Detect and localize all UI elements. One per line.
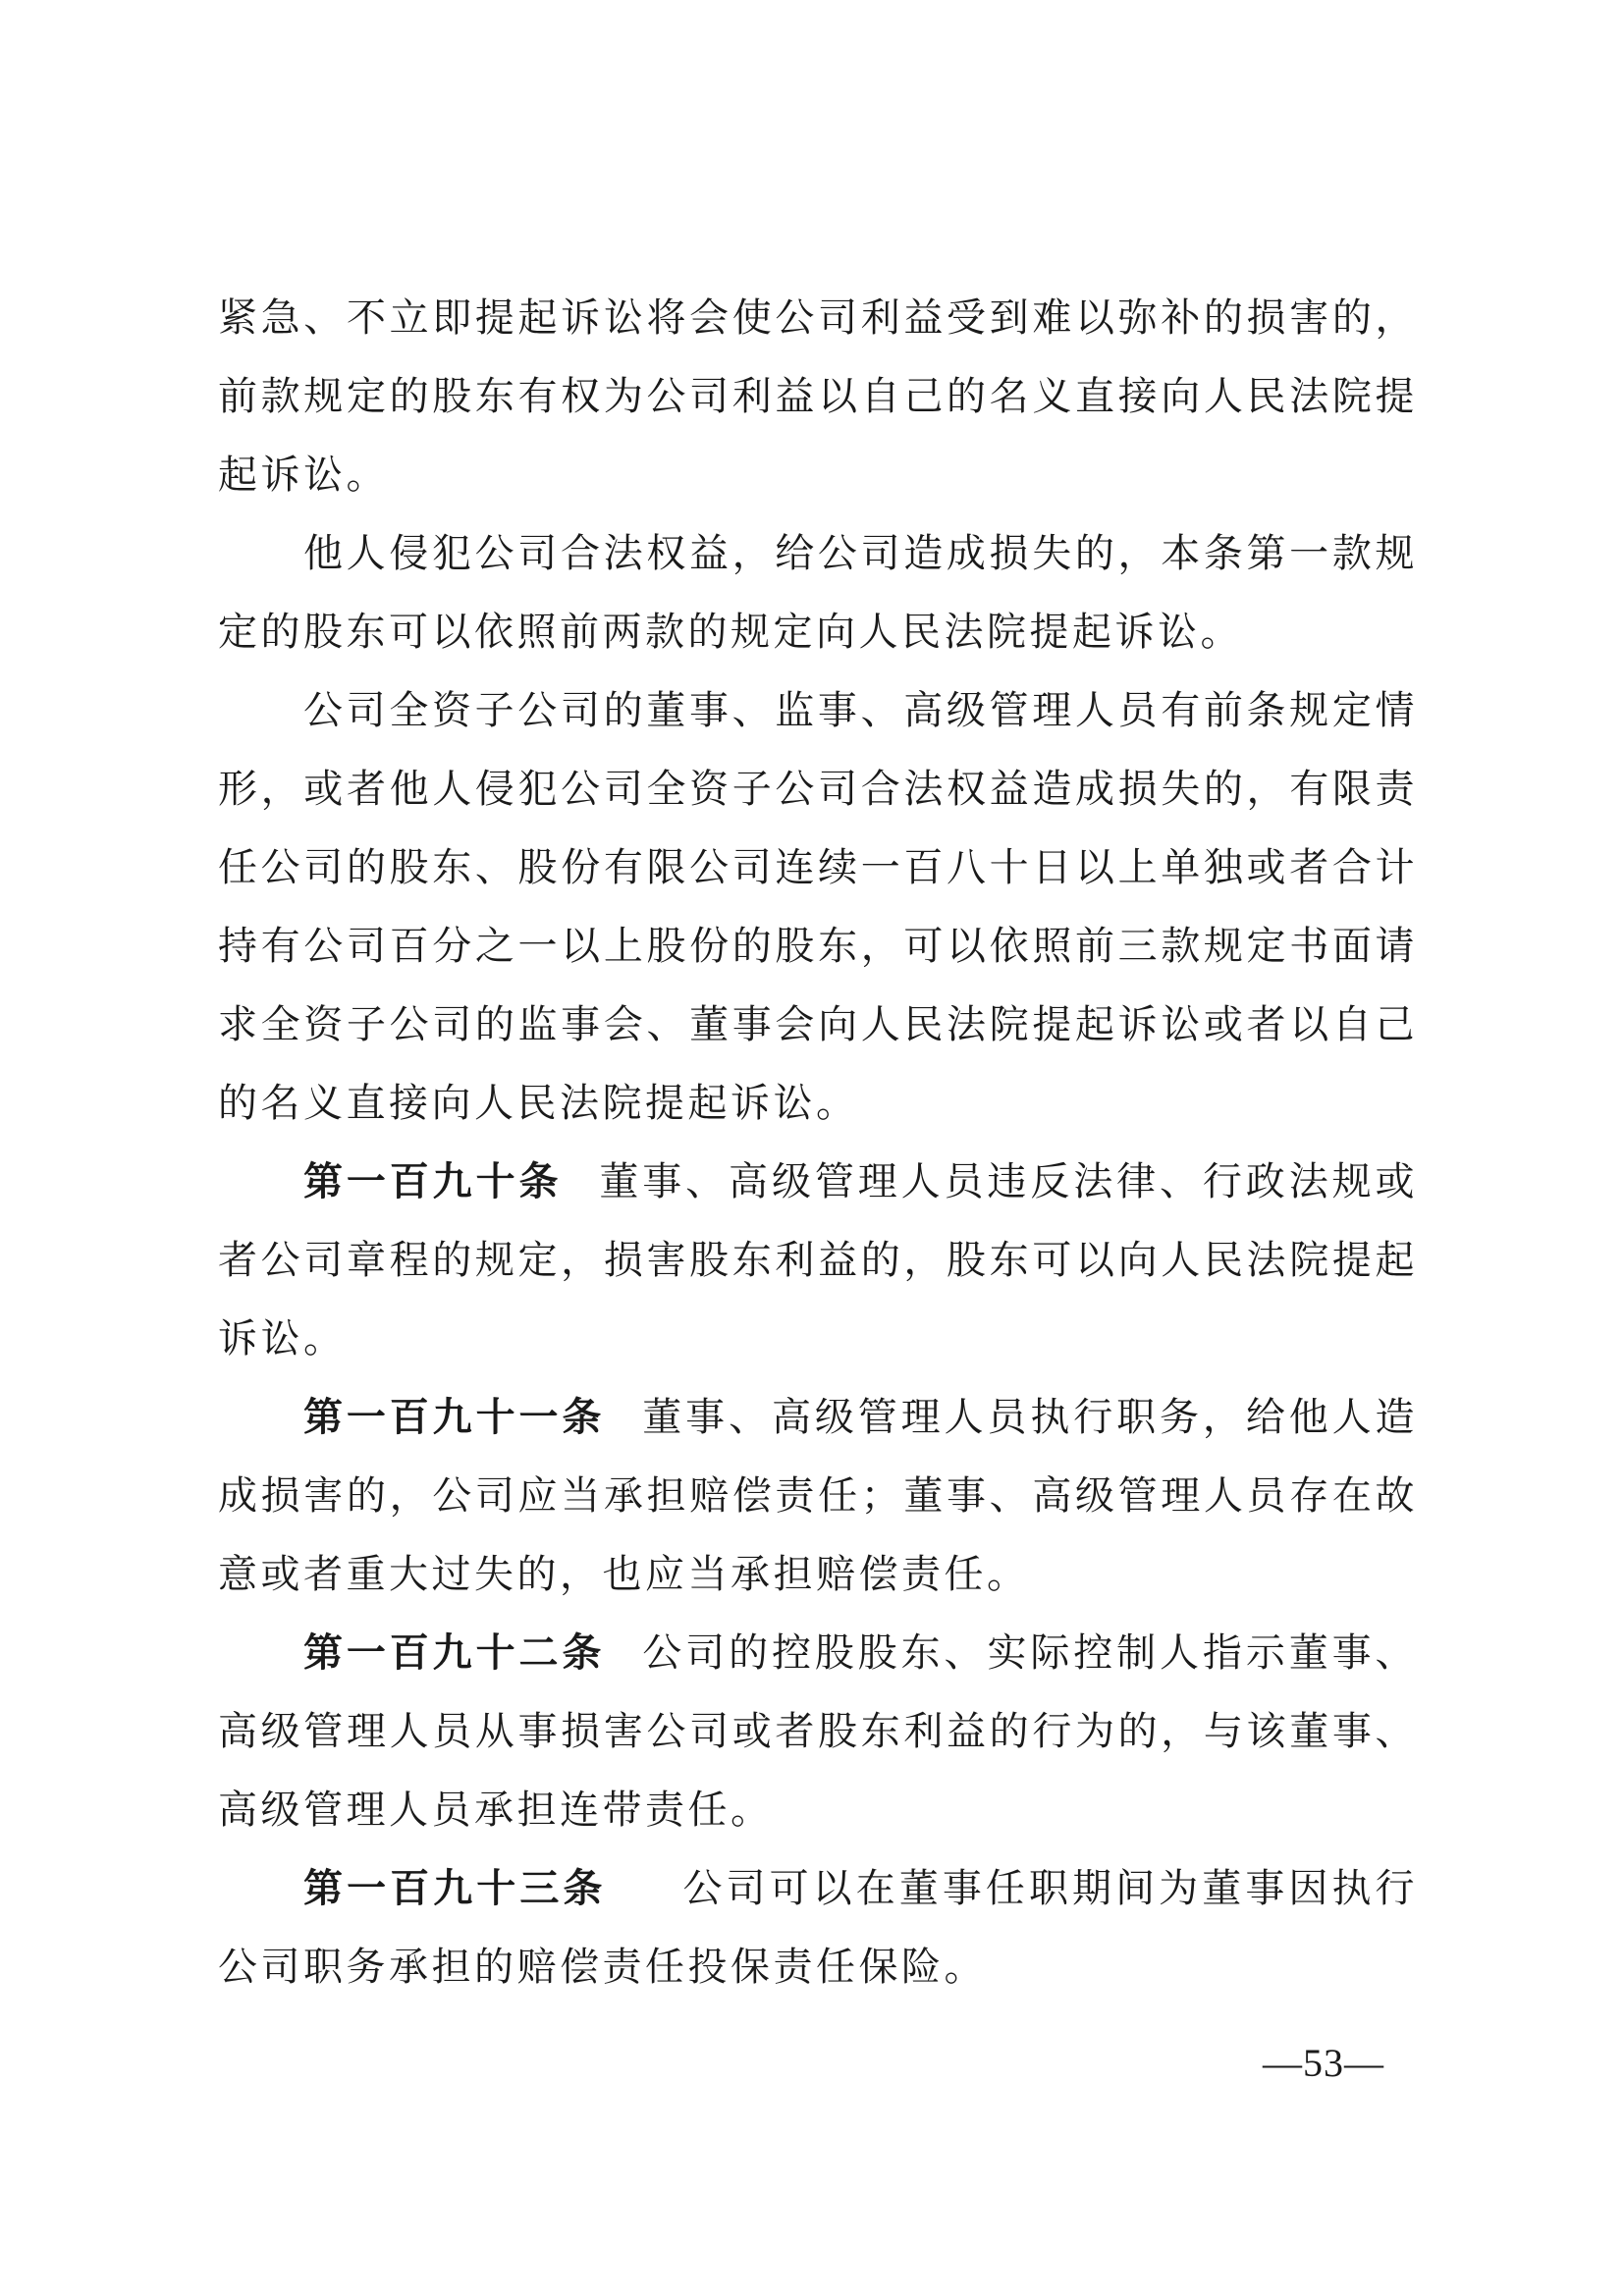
article-number-label: 第一百九十三条 — [303, 1866, 606, 1910]
document-page: 紧急、不立即提起诉讼将会使公司利益受到难以弥补的损害的，前款规定的股东有权为公司… — [0, 0, 1624, 2296]
paragraph-article-190: 第一百九十条董事、高级管理人员违反法律、行政法规或者公司章程的规定，损害股东利益… — [218, 1143, 1418, 1378]
article-number-label: 第一百九十条 — [303, 1159, 562, 1203]
article-number-label: 第一百九十二条 — [303, 1630, 605, 1675]
page-number: —53— — [1263, 2044, 1384, 2083]
paragraph-continuation: 紧急、不立即提起诉讼将会使公司利益受到难以弥补的损害的，前款规定的股东有权为公司… — [218, 279, 1418, 514]
article-number-label: 第一百九十一条 — [303, 1395, 605, 1439]
paragraph-article-192: 第一百九十二条公司的控股股东、实际控制人指示董事、高级管理人员从事损害公司或者股… — [218, 1614, 1418, 1849]
paragraph-body: 他人侵犯公司合法权益，给公司造成损失的，本条第一款规定的股东可以依照前两款的规定… — [218, 514, 1418, 671]
paragraph-article-191: 第一百九十一条董事、高级管理人员执行职务，给他人造成损害的，公司应当承担赔偿责任… — [218, 1378, 1418, 1614]
document-body: 紧急、不立即提起诉讼将会使公司利益受到难以弥补的损害的，前款规定的股东有权为公司… — [218, 279, 1418, 2006]
paragraph-body: 公司全资子公司的董事、监事、高级管理人员有前条规定情形，或者他人侵犯公司全资子公… — [218, 671, 1418, 1143]
paragraph-article-193: 第一百九十三条公司可以在董事任职期间为董事因执行公司职务承担的赔偿责任投保责任保… — [218, 1849, 1418, 2006]
